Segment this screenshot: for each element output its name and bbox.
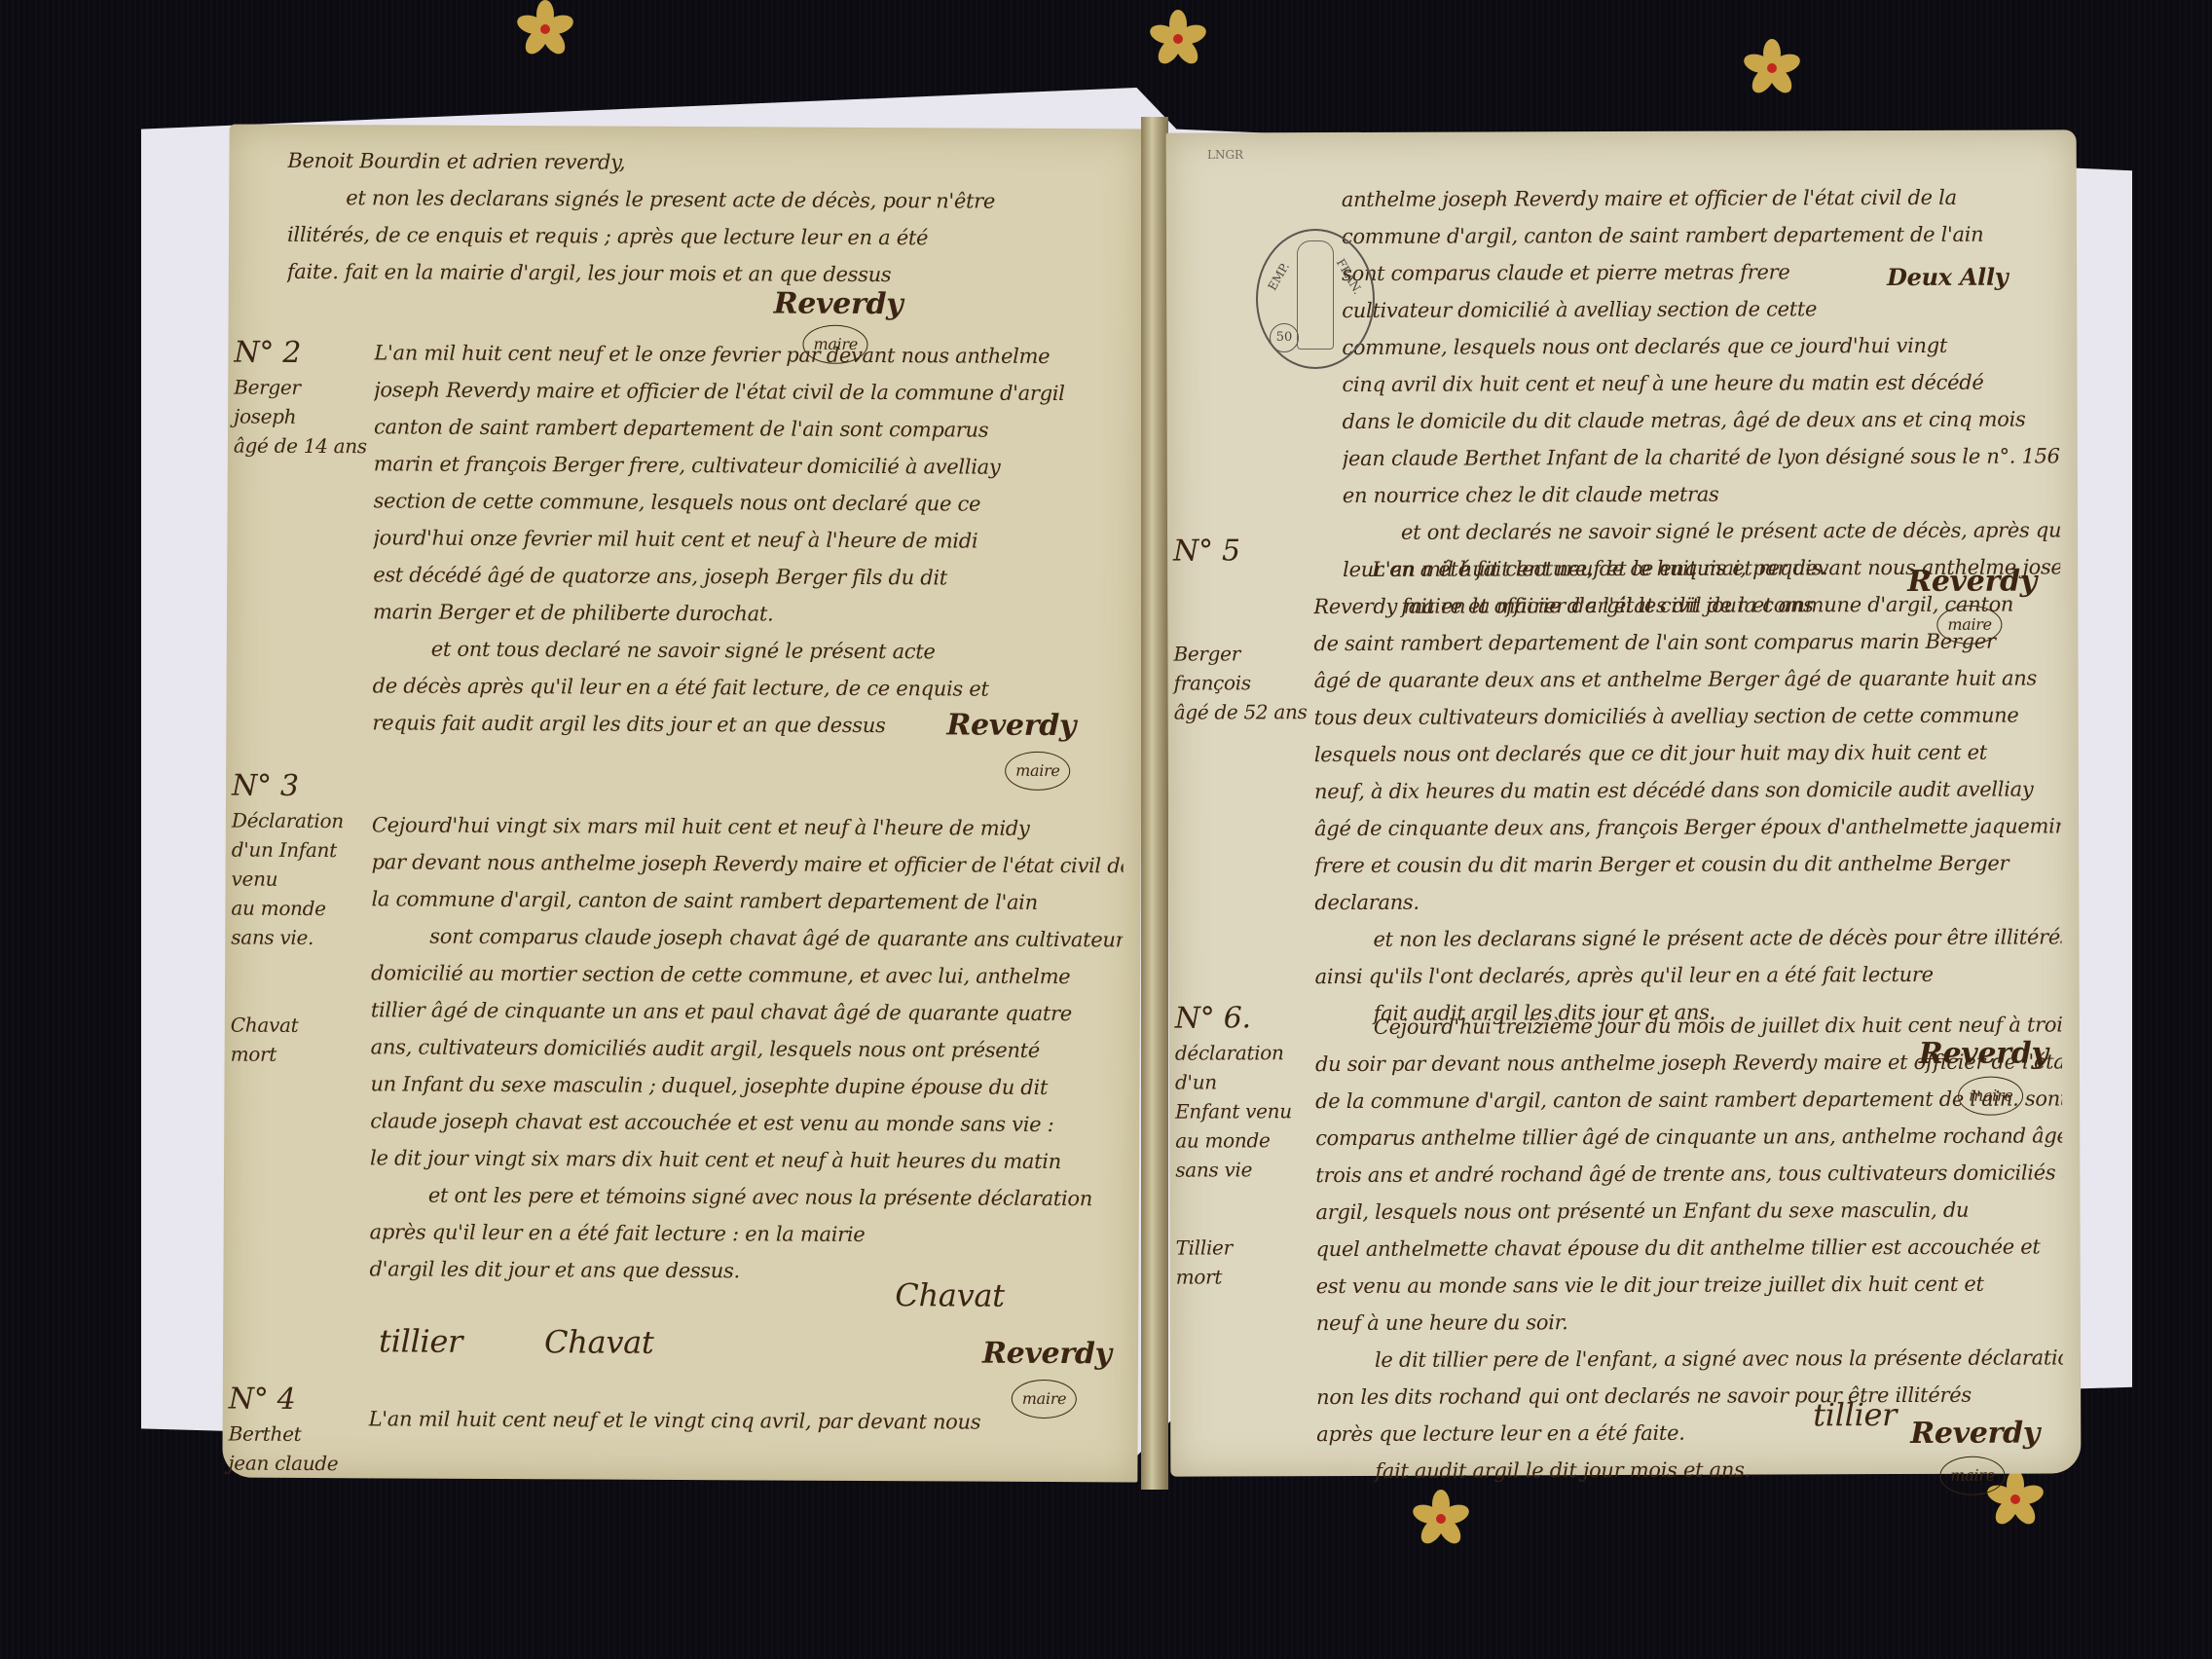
entry-4-end: anthelme joseph Reverdy maire et officie… [1166, 178, 2077, 181]
entry-margin: N° 2 Berger joseph âgé de 14 ans [234, 334, 371, 461]
text-line: d'argil les dit jour et ans que dessus. [369, 1250, 1121, 1291]
margin-name: Berthet [229, 1419, 365, 1450]
text-line: joseph Reverdy maire et officier de l'ét… [374, 371, 1125, 412]
text-line: tous deux cultivateurs domiciliés à avel… [1314, 696, 2061, 736]
text-line: et ont les pere et témoins signé avec no… [370, 1176, 1122, 1217]
margin-title: Déclaration [232, 806, 368, 836]
text-line: quel anthelmette chavat épouse du dit an… [1316, 1228, 2063, 1268]
margin-name: Berger [234, 373, 370, 403]
entry-text: L'an mil huit cent neuf et le vingt cinq… [369, 1400, 1121, 1441]
text-line: claude joseph chavat est accouchée et es… [370, 1102, 1122, 1143]
margin-name: Berger [1173, 639, 1309, 668]
text-line: jourd'hui onze fevrier mil huit cent et … [373, 519, 1124, 560]
text-line: anthelme joseph Reverdy maire et officie… [1342, 178, 2059, 218]
text-line: ainsi qu'ils l'ont declarés, après qu'il… [1315, 955, 2062, 995]
mayor-signature: Reverdy [982, 1336, 1112, 1374]
text-line: comparus anthelme tillier âgé de cinquan… [1315, 1117, 2062, 1157]
margin-name: jean claude [228, 1449, 364, 1479]
text-line: non les dits rochand qui ont declarés ne… [1316, 1376, 2063, 1416]
text-line: commune d'argil, canton de saint rambert… [1342, 215, 2059, 255]
witness-signature: tillier [379, 1322, 462, 1359]
text-line: commune, lesquels nous ont declarés que … [1342, 326, 2059, 366]
text-line: par devant nous anthelme joseph Reverdy … [372, 843, 1124, 884]
text-line: Reverdy maire et officier de l'état civi… [1313, 585, 2060, 625]
text-line: un Infant du sexe masculin ; duquel, jos… [370, 1065, 1122, 1106]
margin-name: Tillier [1176, 1233, 1312, 1262]
text-line: L'an mil huit cent neuf et le onze fevri… [374, 334, 1125, 375]
gold-flower-icon [1149, 10, 1207, 68]
text-line: declarans. [1314, 881, 2061, 921]
mayor-signature: Reverdy [774, 285, 903, 323]
entry-number: N° 5 [1173, 532, 1309, 571]
text-line: de la commune d'argil, canton de saint r… [1315, 1080, 2062, 1120]
entry-2: N° 2 Berger joseph âgé de 14 ans L'an mi… [229, 334, 1144, 339]
text-line: illitérés, de ce enquis et requis ; aprè… [287, 216, 1126, 258]
text-line: tillier âgé de cinquante un ans et paul … [371, 991, 1123, 1032]
entry-3: N° 3 Déclaration d'un Infant venu au mon… [226, 767, 1141, 772]
margin-status: mort [231, 1040, 367, 1070]
entry-margin: N° 4 Berthet jean claude [228, 1381, 365, 1479]
text-line: lesquels nous ont declarés que ce dit jo… [1314, 733, 2061, 773]
text-line: Cejourd'hui treizième jour du mois de ju… [1315, 1006, 2062, 1046]
archive-mark: LNGR [1207, 148, 1243, 162]
text-line: est décédé âgé de quatorze ans, joseph B… [373, 556, 1124, 597]
margin-title: Enfant venu [1175, 1096, 1311, 1125]
entry-margin: N° 5 Berger françois âgé de 52 ans [1173, 532, 1310, 726]
margin-status: mort [1176, 1262, 1312, 1291]
entry-number: N° 3 [232, 767, 368, 807]
margin-title: au monde sans vie. [231, 894, 367, 953]
left-page: Benoit Bourdin et adrien reverdy, et non… [222, 125, 1144, 1483]
text-line: âgé de cinquante deux ans, françois Berg… [1314, 807, 2061, 847]
margin-name: joseph [234, 402, 370, 432]
text-line: trois ans et andré rochand âgé de trente… [1315, 1154, 2062, 1194]
maire-label: maire [1005, 752, 1071, 791]
gold-flower-icon [516, 0, 574, 58]
margin-title: déclaration d'un [1175, 1038, 1311, 1096]
margin-name: françois [1174, 668, 1310, 697]
entry-text: L'an mil huit cent neuf et le huit mai, … [1313, 548, 2062, 1032]
text-line: ans, cultivateurs domiciliés audit argil… [371, 1028, 1123, 1069]
text-line: neuf, à dix heures du matin est décédé d… [1314, 770, 2061, 810]
text-line: marin Berger et de philiberte durochat. [373, 593, 1124, 634]
stamp-text: EMP. [1266, 260, 1292, 292]
margin-age: âgé de 14 ans [234, 431, 370, 461]
margin-name: Chavat [231, 1011, 367, 1041]
text-line: après qu'il leur en a été fait lecture :… [370, 1213, 1122, 1254]
text-line: et ont tous declaré ne savoir signé le p… [373, 630, 1124, 671]
entry-4-start: N° 4 Berthet jean claude L'an mil huit c… [223, 1381, 1138, 1385]
text-line: Benoit Bourdin et adrien reverdy, [287, 142, 1126, 184]
entry-margin: N° 3 Déclaration d'un Infant venu au mon… [231, 767, 369, 1070]
witness-signature: Deux Ally [1887, 259, 2008, 296]
gold-flower-icon [1412, 1490, 1470, 1548]
witness-signature: Chavat [895, 1276, 1005, 1314]
text-line: L'an mil huit cent neuf et le huit mai, … [1313, 548, 2060, 588]
text-line: du soir par devant nous anthelme joseph … [1315, 1043, 2062, 1083]
text-line: domicilié au mortier section de cette co… [371, 954, 1123, 995]
gold-flower-icon [1743, 39, 1801, 97]
text-line: frere et cousin du dit marin Berger et c… [1314, 844, 2061, 884]
text-line: et non les declarans signés le present a… [287, 179, 1126, 221]
text-line: marin et françois Berger frere, cultivat… [374, 445, 1125, 486]
text-line: sont comparus claude joseph chavat âgé d… [371, 917, 1123, 958]
text-line: jean claude Berthet Infant de la charité… [1343, 437, 2060, 477]
entry-text: Benoit Bourdin et adrien reverdy, et non… [287, 142, 1127, 295]
text-line: et non les declarans signé le présent ac… [1314, 918, 2061, 958]
entry-text: Cejourd'hui vingt six mars mil huit cent… [369, 806, 1124, 1291]
entry-number: N° 4 [229, 1381, 365, 1420]
text-line: en nourrice chez le dit claude metras [1343, 474, 2060, 514]
witness-signature: Chavat [544, 1323, 654, 1361]
entry-1-end: Benoit Bourdin et adrien reverdy, et non… [230, 142, 1145, 147]
witness-signature: tillier [1813, 1396, 1897, 1433]
text-line: section de cette commune, lesquels nous … [374, 482, 1125, 523]
stamp-value: 50 [1270, 323, 1299, 352]
entry-number: N° 2 [234, 334, 370, 374]
margin-title: d'un Infant venu [232, 835, 368, 895]
text-line: âgé de quarante deux ans et anthelme Ber… [1313, 659, 2060, 699]
text-line: de saint rambert departement de l'ain so… [1313, 622, 2060, 662]
text-line: canton de saint rambert departement de l… [374, 408, 1125, 449]
text-line: argil, lesquels nous ont présenté un Enf… [1315, 1191, 2062, 1231]
text-line: dans le domicile du dit claude metras, â… [1343, 400, 2060, 440]
text-line: neuf à une heure du soir. [1316, 1302, 2063, 1342]
entry-margin: N° 6. déclaration d'un Enfant venu au mo… [1175, 999, 1312, 1291]
text-line: est venu au monde sans vie le dit jour t… [1316, 1265, 2063, 1305]
imperial-tax-stamp-icon: EMP. FRAN. 50 [1256, 229, 1375, 369]
text-line: le dit jour vingt six mars dix huit cent… [370, 1139, 1122, 1180]
text-line: Cejourd'hui vingt six mars mil huit cent… [372, 806, 1124, 847]
text-line: cinq avril dix huit cent et neuf à une h… [1342, 363, 2059, 403]
stamp-figure-icon [1297, 240, 1334, 350]
text-line: de décès après qu'il leur en a été fait … [373, 667, 1124, 708]
book-gutter [1141, 117, 1168, 1490]
mayor-signature: Reverdy [1910, 1416, 2040, 1453]
text-line: faite. fait en la mairie d'argil, les jo… [287, 253, 1126, 295]
text-line: L'an mil huit cent neuf et le vingt cinq… [369, 1400, 1121, 1441]
stamp-text: FRAN. [1334, 256, 1365, 296]
entry-number: N° 6. [1175, 999, 1311, 1038]
margin-title: au monde sans vie [1175, 1125, 1311, 1184]
mayor-signature: Reverdy [946, 707, 1076, 745]
text-line: et ont declarés ne savoir signé le prése… [1343, 511, 2060, 551]
entry-text: L'an mil huit cent neuf et le onze fevri… [372, 334, 1125, 745]
text-line: la commune d'argil, canton de saint ramb… [371, 880, 1123, 921]
margin-age: âgé de 52 ans [1174, 697, 1310, 726]
text-line: le dit tillier pere de l'enfant, a signé… [1316, 1339, 2063, 1379]
